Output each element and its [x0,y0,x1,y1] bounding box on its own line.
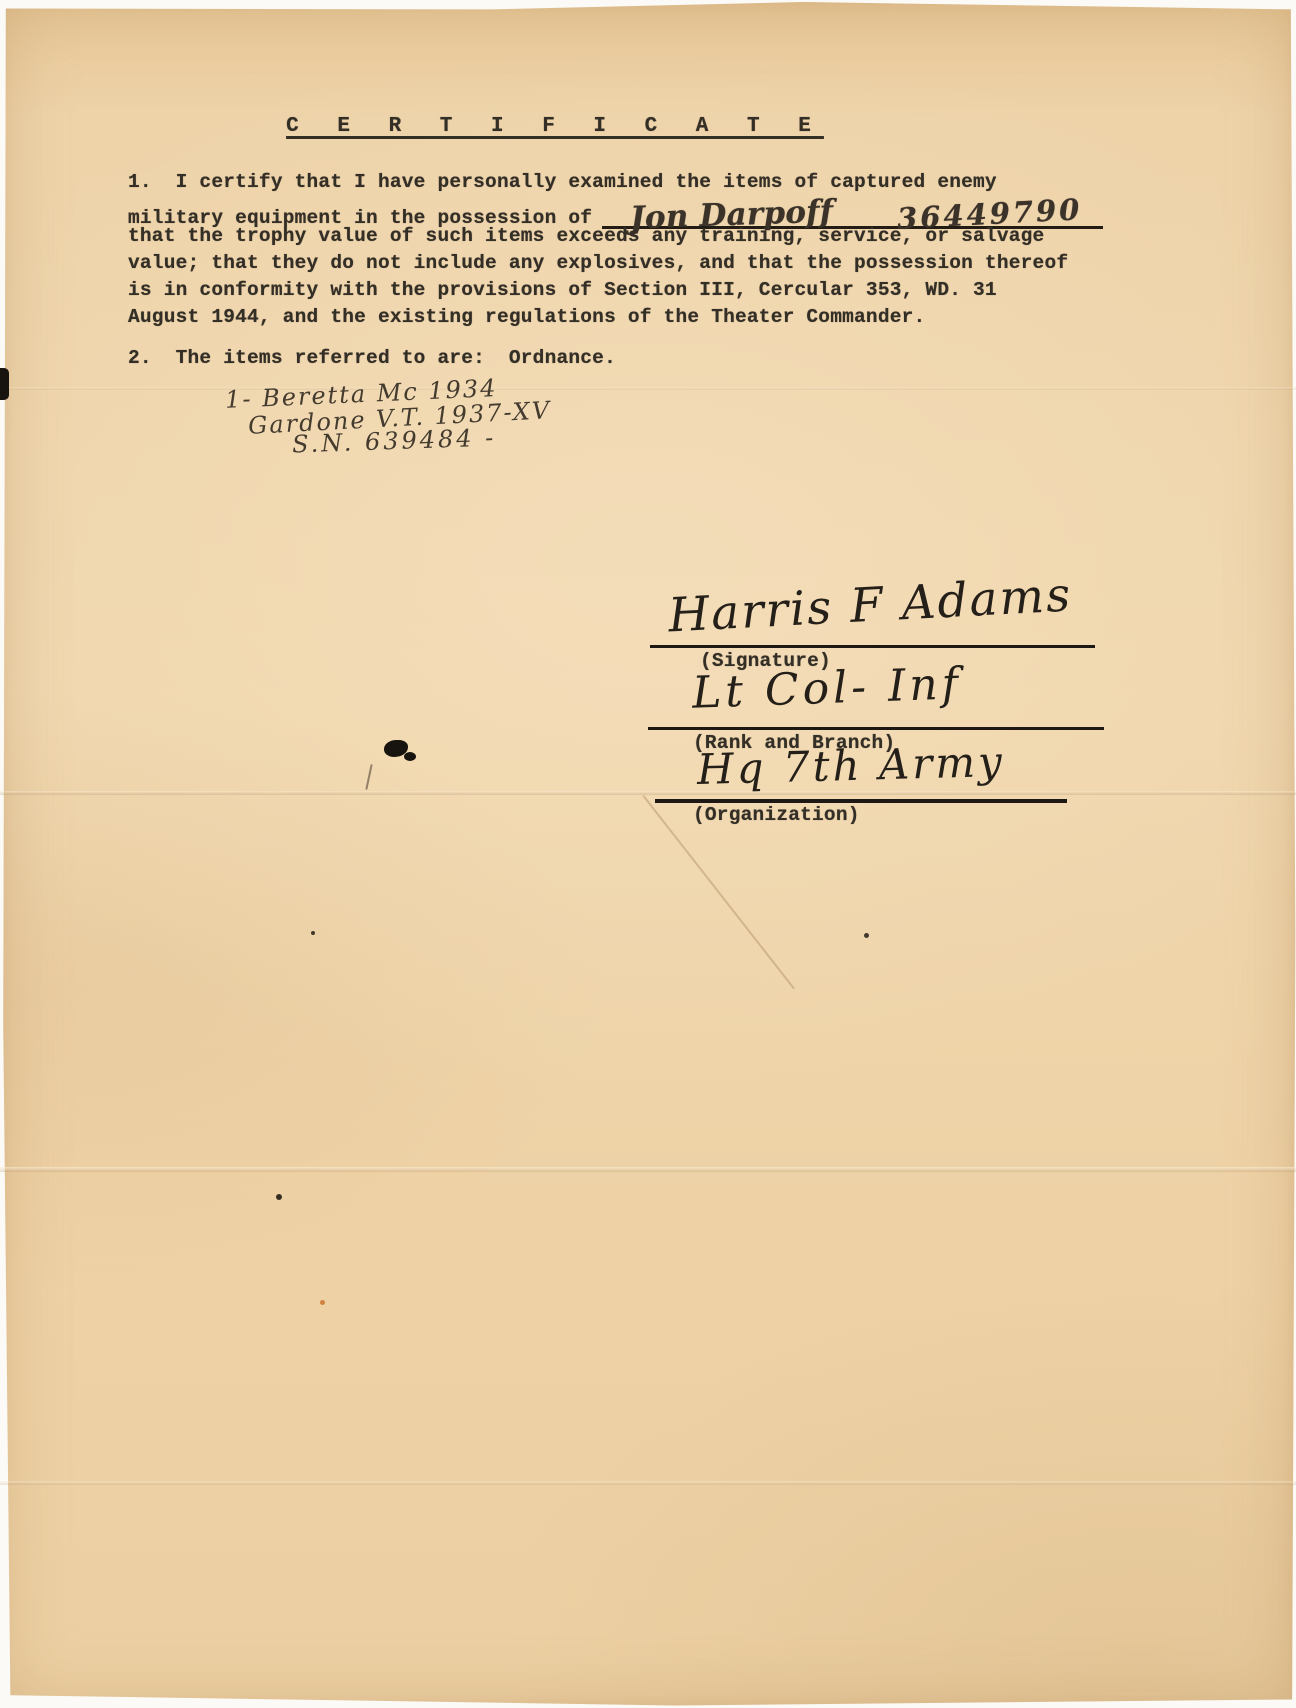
speck-dot [276,1194,282,1200]
rank-handwriting: Lt Col- Inf [691,658,963,718]
orange-speck [320,1300,325,1305]
para1-line3: that the trophy value of such items exce… [128,225,1044,247]
para1-line4: value; that they do not include any expl… [128,252,1068,274]
ink-smudge-small [404,752,416,761]
para2-line: 2. The items referred to are: Ordnance. [128,347,616,369]
organization-label: (Organization) [693,804,860,826]
rank-line [648,727,1104,730]
speck-dot [864,933,869,938]
edge-ink-mark [0,368,9,400]
para1-line5: is in conformity with the provisions of … [128,279,997,301]
para1-line1: 1. I certify that I have personally exam… [128,171,997,193]
organization-handwriting: Hq 7th Army [696,737,1005,794]
scanned-certificate-document: C E R T I F I C A T E 1. I certify that … [0,0,1296,1708]
para1-line6: August 1944, and the existing regulation… [128,306,925,328]
document-title: C E R T I F I C A T E [0,115,1110,138]
signature-line [650,645,1095,648]
speck-dot [311,931,315,935]
organization-line [655,799,1067,803]
